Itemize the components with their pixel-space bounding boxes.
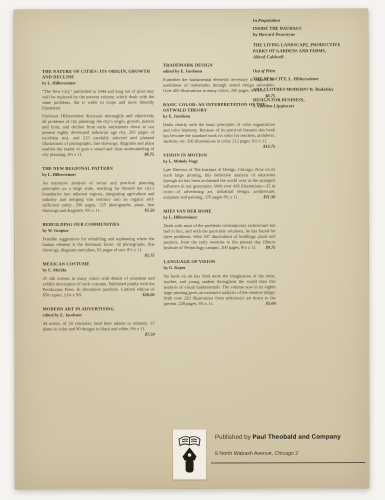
book-description: No book on art has fired more the imagin… xyxy=(164,273,276,306)
book-entry: MIES VAN DER ROHEby L. HilberseimerDeals… xyxy=(163,208,275,250)
pen-nib-and-book-icon xyxy=(173,429,206,479)
book-entry: MODERN ART IN ADVERTISINGedited by E. Ja… xyxy=(43,306,155,332)
book-author: by L. Hilberseimer xyxy=(163,215,275,220)
book-description: “The New City,” published in 1944 and lo… xyxy=(42,89,154,111)
right-column-section: In PreparationINSIDE THE BAUHAUSby Howar… xyxy=(253,17,360,60)
book-price: $11.50 xyxy=(259,194,275,200)
publisher-name: Paul Theobald and Company xyxy=(253,433,341,440)
book-entry: LANGUAGE OF VISIONby G. KepesNo book on … xyxy=(164,259,276,307)
footer-rule xyxy=(211,462,365,463)
book-price: $20.00 xyxy=(139,292,155,298)
book-description: Deals with most of the problems contempo… xyxy=(163,223,275,251)
book-price: $8.75 xyxy=(140,152,154,158)
book-price: $9.75 xyxy=(262,245,276,251)
book-title: VISION IN MOTION xyxy=(163,152,275,158)
scan-background: THE NATURE OF CITIES: ITS ORIGIN, GROWTH… xyxy=(0,0,385,500)
catalog-column-right: In PreparationINSIDE THE BAUHAUSby Howar… xyxy=(253,17,360,117)
book-price: $7.50 xyxy=(141,332,155,338)
book-title: MIES VAN DER ROHE xyxy=(163,208,275,214)
book-title: LANGUAGE OF VISION xyxy=(164,259,276,265)
catalog-line: J. Gordon Lippincott xyxy=(253,103,360,109)
book-title: THE NATURE OF CITIES: ITS ORIGIN, GROWTH… xyxy=(42,69,154,80)
published-by-line: Published by Paul Theobald and Company xyxy=(215,433,341,440)
book-description: Late Director of The Institute of Design… xyxy=(163,167,275,200)
catalog-line: Alfred Caldwell xyxy=(253,54,360,60)
book-entry: THE NEW REGIONAL PATTERNby L. Hilberseim… xyxy=(42,166,154,214)
book-description: An extensive analysis of social and prac… xyxy=(42,180,154,213)
book-back-cover-page: THE NATURE OF CITIES: ITS ORIGIN, GROWTH… xyxy=(13,9,369,490)
book-description: Deals clearly with the basic principles … xyxy=(163,122,275,144)
publisher-footer: Published by Paul Theobald and Company 5… xyxy=(15,427,369,483)
book-description: Feasible suggestions for rebuilding and … xyxy=(42,236,154,253)
book-entry: MEXICAN COSTUMEby C. Mérida25 silk scree… xyxy=(43,261,155,298)
book-entry: VISION IN MOTIONby L. Moholy-NagyLate Di… xyxy=(163,152,275,200)
book-entry: REBUILDING OUR COMMUNITIESby W. GropiusF… xyxy=(42,222,154,253)
book-title: MODERN ART IN ADVERTISING xyxy=(43,306,155,312)
book-title: THE NEW REGIONAL PATTERN xyxy=(42,166,154,172)
section-label: Out of Print xyxy=(253,68,360,74)
book-author: by L. Hilberseimer xyxy=(42,81,154,86)
publisher-address: 5 North Wabash Avenue, Chicago 2 xyxy=(215,450,298,456)
book-price: $5.50 xyxy=(140,208,154,214)
right-column-section: Out of PrintTHE NEW CITY, L. Hilberseime… xyxy=(253,68,360,109)
publisher-logo xyxy=(173,429,206,479)
book-title: REBUILDING OUR COMMUNITIES xyxy=(42,222,154,228)
published-by-label: Published by xyxy=(215,433,253,440)
book-author: edited by E. Jacobson xyxy=(43,313,155,318)
book-price: $1.75 xyxy=(141,253,155,259)
book-price: $5.00 xyxy=(262,301,276,307)
book-author: by W. Gropius xyxy=(42,228,154,233)
section-label: In Preparation xyxy=(253,17,360,23)
book-author: by L. Hilberseimer xyxy=(42,172,154,177)
book-author: by L. Moholy-Nagy xyxy=(163,159,275,164)
book-author: by G. Kepes xyxy=(164,265,276,270)
book-description: 25 silk screens in many colors with deta… xyxy=(43,276,155,298)
book-author: by C. Mérida xyxy=(43,268,155,273)
book-price: $14.75 xyxy=(259,144,275,150)
book-title: MEXICAN COSTUME xyxy=(43,261,155,267)
book-description: Professor Hilberseimer discusses thoroug… xyxy=(42,113,154,157)
book-description: 44 artists, of 20 countries, lend their … xyxy=(43,321,155,332)
book-entry: THE NATURE OF CITIES: ITS ORIGIN, GROWTH… xyxy=(42,69,154,158)
catalog-column-left: THE NATURE OF CITIES: ITS ORIGIN, GROWTH… xyxy=(42,69,155,341)
